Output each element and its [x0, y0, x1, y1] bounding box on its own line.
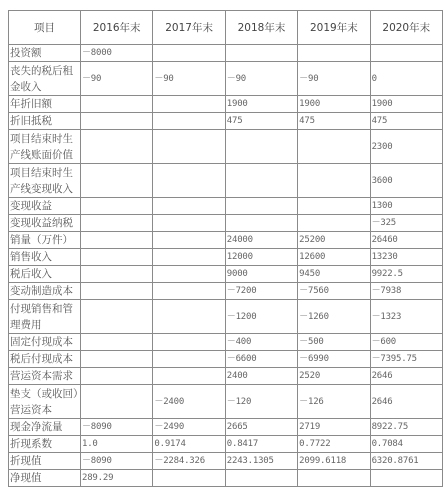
row-label: 固定付现成本 [9, 334, 81, 351]
cell-value [81, 130, 153, 164]
row-label: 投资额 [9, 45, 81, 62]
cell-value [81, 113, 153, 130]
cell-value: 26460 [370, 232, 442, 249]
cell-value: 6320.8761 [370, 453, 442, 470]
cell-value [298, 164, 370, 198]
cell-value [225, 164, 297, 198]
row-label: 付现销售和管理费用 [9, 300, 81, 334]
table-row: 固定付现成本－400－500－600 [9, 334, 443, 351]
cell-value [153, 164, 225, 198]
row-label: 垫支（或收回）营运资本 [9, 385, 81, 419]
table-row: 年折旧额190019001900 [9, 96, 443, 113]
cell-value [153, 334, 225, 351]
cell-value [225, 198, 297, 215]
cell-value [81, 266, 153, 283]
cell-value: －8090 [81, 453, 153, 470]
table-row: 付现销售和管理费用－1200－1260－1323 [9, 300, 443, 334]
cell-value: 2520 [298, 368, 370, 385]
table-row: 销量（万件）240002520026460 [9, 232, 443, 249]
row-label: 税后收入 [9, 266, 81, 283]
cell-value: －90 [153, 62, 225, 96]
cell-value [153, 283, 225, 300]
cell-value: 12600 [298, 249, 370, 266]
cell-value: －90 [225, 62, 297, 96]
table-row: 折旧抵税475475475 [9, 113, 443, 130]
cell-value [81, 215, 153, 232]
cell-value: 24000 [225, 232, 297, 249]
cell-value: 12000 [225, 249, 297, 266]
table-row: 税后付现成本－6600－6990－7395.75 [9, 351, 443, 368]
cell-value: －1200 [225, 300, 297, 334]
cell-value: －126 [298, 385, 370, 419]
cell-value: －8000 [81, 45, 153, 62]
table-row: 变现收益纳税－325 [9, 215, 443, 232]
cell-value [225, 215, 297, 232]
row-label: 丧失的税后租金收入 [9, 62, 81, 96]
row-label: 现金净流量 [9, 419, 81, 436]
cell-value [81, 283, 153, 300]
row-label: 折现系数 [9, 436, 81, 453]
cell-value: 475 [225, 113, 297, 130]
cell-value [81, 96, 153, 113]
cell-value [81, 351, 153, 368]
cell-value [153, 96, 225, 113]
cell-value [81, 368, 153, 385]
cell-value [153, 470, 225, 487]
cell-value: 2400 [225, 368, 297, 385]
cell-value [153, 215, 225, 232]
table-row: 净现值289.29 [9, 470, 443, 487]
cell-value: －600 [370, 334, 442, 351]
cell-value: 1.0 [81, 436, 153, 453]
cell-value [81, 249, 153, 266]
cell-value [153, 130, 225, 164]
table-row: 投资额－8000 [9, 45, 443, 62]
table-row: 丧失的税后租金收入－90－90－90－900 [9, 62, 443, 96]
table-row: 税后收入900094509922.5 [9, 266, 443, 283]
cash-flow-table: 项目 2016年末 2017年末 2018年末 2019年末 2020年末 投资… [8, 10, 443, 487]
header-2017: 2017年末 [153, 11, 225, 45]
header-2020: 2020年末 [370, 11, 442, 45]
cell-value: 8922.75 [370, 419, 442, 436]
row-label: 项目结束时生产线账面价值 [9, 130, 81, 164]
cell-value: －400 [225, 334, 297, 351]
table-row: 变动制造成本－7200－7560－7938 [9, 283, 443, 300]
cell-value: 1900 [370, 96, 442, 113]
cell-value: 0.9174 [153, 436, 225, 453]
cell-value [81, 334, 153, 351]
cell-value [298, 130, 370, 164]
header-item: 项目 [9, 11, 81, 45]
cell-value [81, 385, 153, 419]
cell-value: －90 [298, 62, 370, 96]
table-row: 销售收入120001260013230 [9, 249, 443, 266]
table-row: 折现系数1.00.91740.84170.77220.7084 [9, 436, 443, 453]
row-label: 折现值 [9, 453, 81, 470]
header-row: 项目 2016年末 2017年末 2018年末 2019年末 2020年末 [9, 11, 443, 45]
row-label: 税后付现成本 [9, 351, 81, 368]
cell-value [81, 232, 153, 249]
row-label: 折旧抵税 [9, 113, 81, 130]
cell-value: －1260 [298, 300, 370, 334]
cell-value [153, 351, 225, 368]
row-label: 变现收益纳税 [9, 215, 81, 232]
cell-value: 289.29 [81, 470, 153, 487]
cell-value [225, 130, 297, 164]
cell-value: －2284.326 [153, 453, 225, 470]
row-label: 净现值 [9, 470, 81, 487]
cell-value [153, 249, 225, 266]
cell-value: －7938 [370, 283, 442, 300]
cell-value: －6990 [298, 351, 370, 368]
cell-value: 9000 [225, 266, 297, 283]
cell-value: －7395.75 [370, 351, 442, 368]
table-row: 现金净流量－8090－2490266527198922.75 [9, 419, 443, 436]
cell-value [153, 300, 225, 334]
cell-value: 2646 [370, 385, 442, 419]
table-row: 项目结束时生产线账面价值2300 [9, 130, 443, 164]
header-2018: 2018年末 [225, 11, 297, 45]
cell-value: －6600 [225, 351, 297, 368]
cell-value: 0 [370, 62, 442, 96]
cell-value [81, 300, 153, 334]
cell-value [370, 470, 442, 487]
cell-value [298, 215, 370, 232]
cell-value: －325 [370, 215, 442, 232]
cell-value: 0.7084 [370, 436, 442, 453]
cell-value: 2243.1305 [225, 453, 297, 470]
cell-value: 9922.5 [370, 266, 442, 283]
cell-value [153, 266, 225, 283]
cell-value: 25200 [298, 232, 370, 249]
cell-value: －1323 [370, 300, 442, 334]
cell-value: 9450 [298, 266, 370, 283]
cell-value: 0.8417 [225, 436, 297, 453]
table-body: 投资额－8000丧失的税后租金收入－90－90－90－900年折旧额190019… [9, 45, 443, 487]
cell-value: 1300 [370, 198, 442, 215]
cell-value [298, 198, 370, 215]
cell-value [153, 232, 225, 249]
cell-value [153, 113, 225, 130]
cell-value [298, 45, 370, 62]
cell-value [81, 198, 153, 215]
header-2019: 2019年末 [298, 11, 370, 45]
cell-value [153, 198, 225, 215]
cell-value [370, 45, 442, 62]
cell-value [225, 470, 297, 487]
cell-value: 2719 [298, 419, 370, 436]
cell-value: －90 [81, 62, 153, 96]
cell-value: 1900 [298, 96, 370, 113]
table-row: 垫支（或收回）营运资本－2400－120－1262646 [9, 385, 443, 419]
cell-value: －7560 [298, 283, 370, 300]
cell-value [225, 45, 297, 62]
cell-value: －7200 [225, 283, 297, 300]
cell-value: 2646 [370, 368, 442, 385]
row-label: 营运资本需求 [9, 368, 81, 385]
cell-value [153, 368, 225, 385]
table-row: 营运资本需求240025202646 [9, 368, 443, 385]
row-label: 销量（万件） [9, 232, 81, 249]
cell-value: 2300 [370, 130, 442, 164]
cell-value: 0.7722 [298, 436, 370, 453]
table-row: 项目结束时生产线变现收入3600 [9, 164, 443, 198]
cell-value: －2490 [153, 419, 225, 436]
cell-value: －2400 [153, 385, 225, 419]
row-label: 销售收入 [9, 249, 81, 266]
row-label: 变现收益 [9, 198, 81, 215]
row-label: 年折旧额 [9, 96, 81, 113]
cell-value: 2665 [225, 419, 297, 436]
cell-value: 13230 [370, 249, 442, 266]
header-2016: 2016年末 [81, 11, 153, 45]
cell-value: 3600 [370, 164, 442, 198]
cell-value: 2099.6118 [298, 453, 370, 470]
cell-value: －500 [298, 334, 370, 351]
table-row: 折现值－8090－2284.3262243.13052099.61186320.… [9, 453, 443, 470]
cell-value: －120 [225, 385, 297, 419]
row-label: 项目结束时生产线变现收入 [9, 164, 81, 198]
cell-value [153, 45, 225, 62]
cell-value: 475 [370, 113, 442, 130]
row-label: 变动制造成本 [9, 283, 81, 300]
cell-value [298, 470, 370, 487]
cell-value [81, 164, 153, 198]
table-row: 变现收益1300 [9, 198, 443, 215]
cell-value: 1900 [225, 96, 297, 113]
cell-value: 475 [298, 113, 370, 130]
cell-value: －8090 [81, 419, 153, 436]
